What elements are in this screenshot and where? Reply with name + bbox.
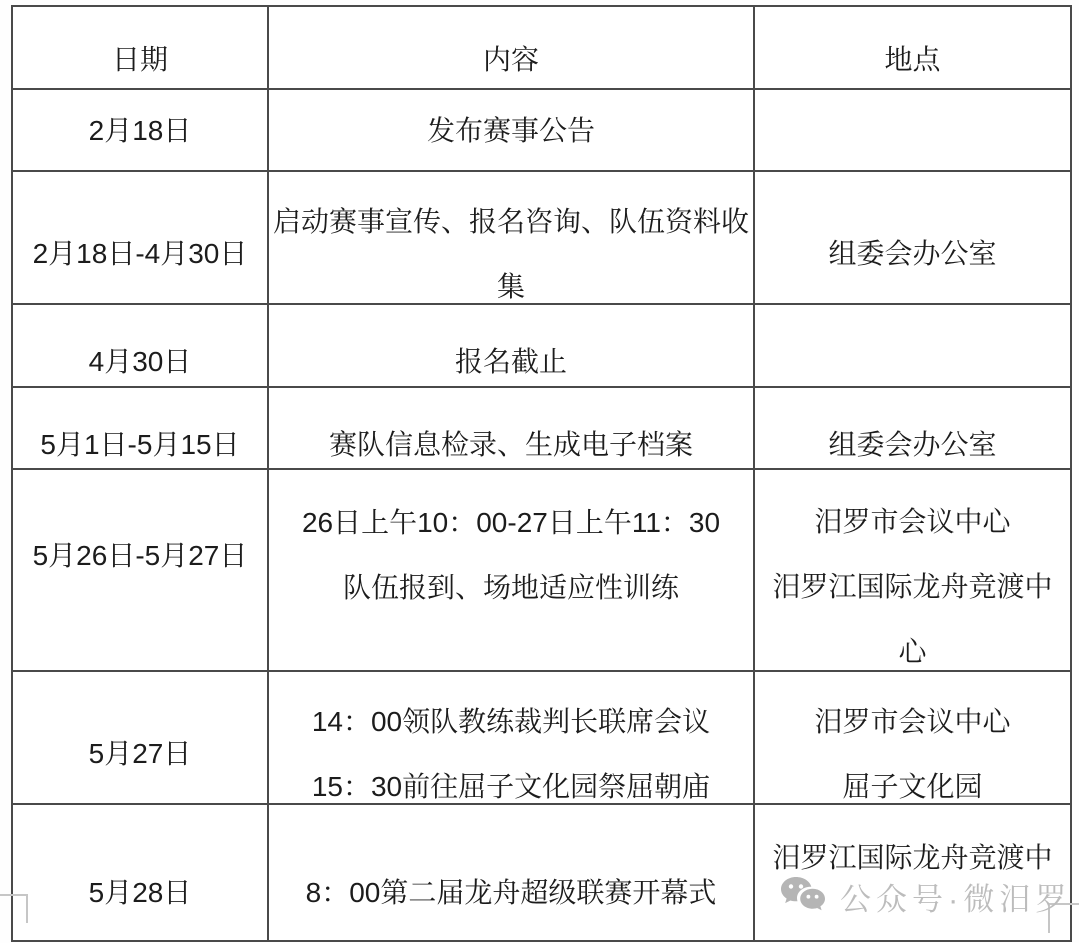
location-line: 屈子文化园 [842, 754, 982, 806]
location-line: 组委会办公室 [828, 412, 996, 471]
content-line: 14：00领队教练裁判长联席会议 [312, 689, 710, 754]
content-line: 队伍报到、场地适应性训练 [343, 555, 679, 620]
date-value: 5月26日-5月27日 [33, 523, 248, 588]
cell-content-row3: 报名截止 [269, 305, 755, 388]
cell-date-row6: 5月27日 [13, 672, 269, 805]
content-line: 发布赛事公告 [427, 98, 595, 163]
cell-content-row2: 启动赛事宣传、报名咨询、队伍资料收 集 [269, 172, 755, 305]
header-date-label: 日期 [112, 27, 168, 90]
cell-content-row4: 赛队信息检录、生成电子档案 [269, 388, 755, 470]
cell-location-row1 [755, 90, 1070, 172]
date-value: 5月1日-5月15日 [40, 412, 239, 471]
date-value: 5月27日 [89, 721, 192, 786]
content-line: 集 [497, 254, 525, 306]
content-line: 赛队信息检录、生成电子档案 [329, 412, 693, 471]
cell-location-row5: 汨罗市会议中心 汨罗江国际龙舟竞渡中 心 [755, 470, 1070, 672]
wechat-watermark: 公众号·微汨罗 [780, 874, 1071, 919]
event-schedule-table: 日期 内容 地点 2月18日 发布赛事公告 2月18日-4月30日 启动赛事宣传… [11, 5, 1072, 942]
watermark-text: 公众号·微汨罗 [840, 874, 1071, 919]
location-line: 组委会办公室 [828, 221, 996, 286]
cell-content-row1: 发布赛事公告 [269, 90, 755, 172]
content-line: 启动赛事宣传、报名咨询、队伍资料收 [273, 189, 749, 254]
content-line: 8：00第二届龙舟超级联赛开幕式 [306, 860, 717, 925]
cell-location-row2: 组委会办公室 [755, 172, 1070, 305]
content-line: 15：30前往屈子文化园祭屈朝庙 [312, 754, 710, 806]
date-value: 5月28日 [89, 860, 192, 925]
date-value: 4月30日 [89, 329, 192, 388]
location-line: 汨罗江国际龙舟竞渡中 [772, 554, 1052, 619]
cell-date-row2: 2月18日-4月30日 [13, 172, 269, 305]
content-line: 26日上午10：00-27日上午11：30 [302, 490, 720, 555]
cell-content-row7: 8：00第二届龙舟超级联赛开幕式 [269, 805, 755, 940]
header-location-label: 地点 [884, 27, 940, 90]
cell-date-row3: 4月30日 [13, 305, 269, 388]
location-line: 汨罗市会议中心 [814, 689, 1010, 754]
cell-location-row3 [755, 305, 1070, 388]
header-cell-location: 地点 [755, 7, 1070, 90]
cell-date-row1: 2月18日 [13, 90, 269, 172]
cell-date-row4: 5月1日-5月15日 [13, 388, 269, 470]
cell-location-row7: 汨罗江国际龙舟竞渡中 [755, 805, 1070, 940]
cell-date-row7: 5月28日 [13, 805, 269, 940]
date-value: 2月18日 [89, 98, 192, 163]
cell-location-row6: 汨罗市会议中心 屈子文化园 [755, 672, 1070, 805]
cell-date-row5: 5月26日-5月27日 [13, 470, 269, 672]
date-value: 2月18日-4月30日 [33, 221, 248, 286]
cell-location-row4: 组委会办公室 [755, 388, 1070, 470]
content-line: 报名截止 [455, 329, 567, 388]
wechat-icon [780, 876, 826, 918]
location-line: 汨罗市会议中心 [814, 489, 1010, 554]
screenshot-root: 日期 内容 地点 2月18日 发布赛事公告 2月18日-4月30日 启动赛事宣传… [0, 0, 1079, 943]
location-line: 心 [898, 619, 926, 673]
cell-content-row5: 26日上午10：00-27日上午11：30 队伍报到、场地适应性训练 [269, 470, 755, 672]
header-content-label: 内容 [483, 27, 539, 90]
header-cell-content: 内容 [269, 7, 755, 90]
frame-corner-left [0, 894, 28, 923]
cell-content-row6: 14：00领队教练裁判长联席会议 15：30前往屈子文化园祭屈朝庙 [269, 672, 755, 805]
header-cell-date: 日期 [13, 7, 269, 90]
